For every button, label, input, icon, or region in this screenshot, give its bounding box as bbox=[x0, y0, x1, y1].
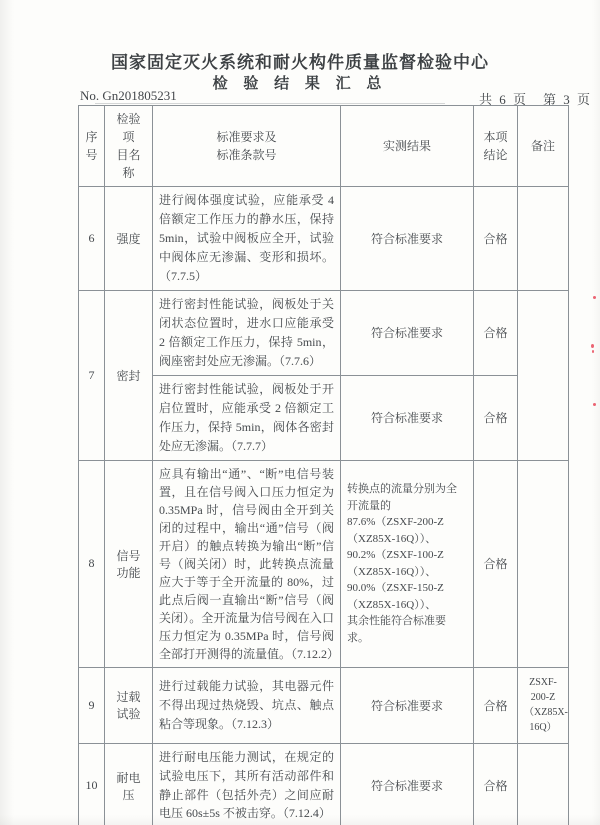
faint-rule bbox=[95, 103, 445, 104]
scan-artifact-dot bbox=[591, 344, 594, 348]
cell-conclusion: 合格 bbox=[474, 187, 518, 291]
cell-requirement: 进行过载能力试验，其电器元件不得出现过热烧毁、坑点、触点粘合等现象。（7.12.… bbox=[153, 667, 341, 743]
cell-no: 6 bbox=[79, 187, 105, 291]
cell-remark bbox=[518, 743, 569, 825]
table-row: 8 信号 功能 应具有输出“通”、“断”电信号装置，且在信号阀入口压力恒定为 0… bbox=[79, 460, 569, 667]
cell-conclusion: 合格 bbox=[474, 667, 518, 743]
header-no: 序 号 bbox=[79, 106, 105, 187]
cell-result: 符合标准要求 bbox=[341, 667, 474, 743]
cell-requirement: 进行密封性能试验，阀板处于开启位置时，应能承受 2 倍额定工作压力，保持 5mi… bbox=[153, 375, 341, 460]
cell-result: 符合标准要求 bbox=[341, 743, 474, 825]
org-title: 国家固定灭火系统和耐火构件质量监督检验中心 bbox=[0, 48, 600, 73]
cell-conclusion: 合格 bbox=[474, 460, 518, 667]
cell-requirement: 进行耐电压能力测试，在规定的试验电压下，其所有活动部件和静止部件（包括外壳）之间… bbox=[153, 743, 341, 825]
cell-conclusion: 合格 bbox=[474, 291, 518, 376]
cell-no: 9 bbox=[79, 667, 105, 743]
cell-remark bbox=[518, 291, 569, 461]
cell-remark bbox=[518, 460, 569, 667]
scan-artifact-dot bbox=[593, 403, 596, 406]
cell-item-name: 耐电压 bbox=[105, 743, 153, 825]
cell-item-name: 过载 试验 bbox=[105, 667, 153, 743]
table-row: 进行密封性能试验，阀板处于开启位置时，应能承受 2 倍额定工作压力，保持 5mi… bbox=[79, 375, 569, 460]
table-row: 6 强度 进行阀体强度试验，应能承受 4 倍额定工作压力的静水压，保持 5min… bbox=[79, 187, 569, 291]
cell-item-name: 密封 bbox=[105, 291, 153, 461]
cell-requirement: 进行阀体强度试验，应能承受 4 倍额定工作压力的静水压，保持 5min，试验中阀… bbox=[153, 187, 341, 291]
scan-artifact-dot bbox=[592, 350, 594, 353]
cell-requirement: 应具有输出“通”、“断”电信号装置，且在信号阀入口压力恒定为 0.35MPa 时… bbox=[153, 460, 341, 667]
header-item-name: 检验项 目名称 bbox=[105, 106, 153, 187]
cell-remark bbox=[518, 187, 569, 291]
cell-result: 符合标准要求 bbox=[341, 187, 474, 291]
cell-conclusion: 合格 bbox=[474, 375, 518, 460]
cell-item-name: 强度 bbox=[105, 187, 153, 291]
header-remark: 备注 bbox=[518, 106, 569, 187]
table-row: 10 耐电压 进行耐电压能力测试，在规定的试验电压下，其所有活动部件和静止部件（… bbox=[79, 743, 569, 825]
report-number: No. Gn201805231 bbox=[80, 88, 177, 104]
table-header-row: 序 号 检验项 目名称 标准要求及 标准条款号 实测结果 本项 结论 备注 bbox=[79, 106, 569, 187]
scan-artifact-dot bbox=[593, 296, 596, 299]
cell-result: 符合标准要求 bbox=[341, 291, 474, 376]
results-table: 序 号 检验项 目名称 标准要求及 标准条款号 实测结果 本项 结论 备注 6 … bbox=[78, 105, 569, 825]
cell-no: 8 bbox=[79, 460, 105, 667]
cell-result: 符合标准要求 bbox=[341, 375, 474, 460]
header-result: 实测结果 bbox=[341, 106, 474, 187]
cell-item-name: 信号 功能 bbox=[105, 460, 153, 667]
cell-remark: ZSXF-200-Z（XZ85X-16Q） bbox=[518, 667, 569, 743]
table-row: 7 密封 进行密封性能试验，阀板处于关闭状态位置时，进水口应能承受 2 倍额定工… bbox=[79, 291, 569, 376]
cell-conclusion: 合格 bbox=[474, 743, 518, 825]
cell-requirement: 进行密封性能试验，阀板处于关闭状态位置时，进水口应能承受 2 倍额定工作压力，保… bbox=[153, 291, 341, 376]
cell-result: 转换点的流量分别为全开流量的 87.6%（ZSXF-200-Z（XZ85X-16… bbox=[341, 460, 474, 667]
header-conclusion: 本项 结论 bbox=[474, 106, 518, 187]
header-standard: 标准要求及 标准条款号 bbox=[153, 106, 341, 187]
cell-no: 7 bbox=[79, 291, 105, 461]
table-row: 9 过载 试验 进行过载能力试验，其电器元件不得出现过热烧毁、坑点、触点粘合等现… bbox=[79, 667, 569, 743]
cell-no: 10 bbox=[79, 743, 105, 825]
